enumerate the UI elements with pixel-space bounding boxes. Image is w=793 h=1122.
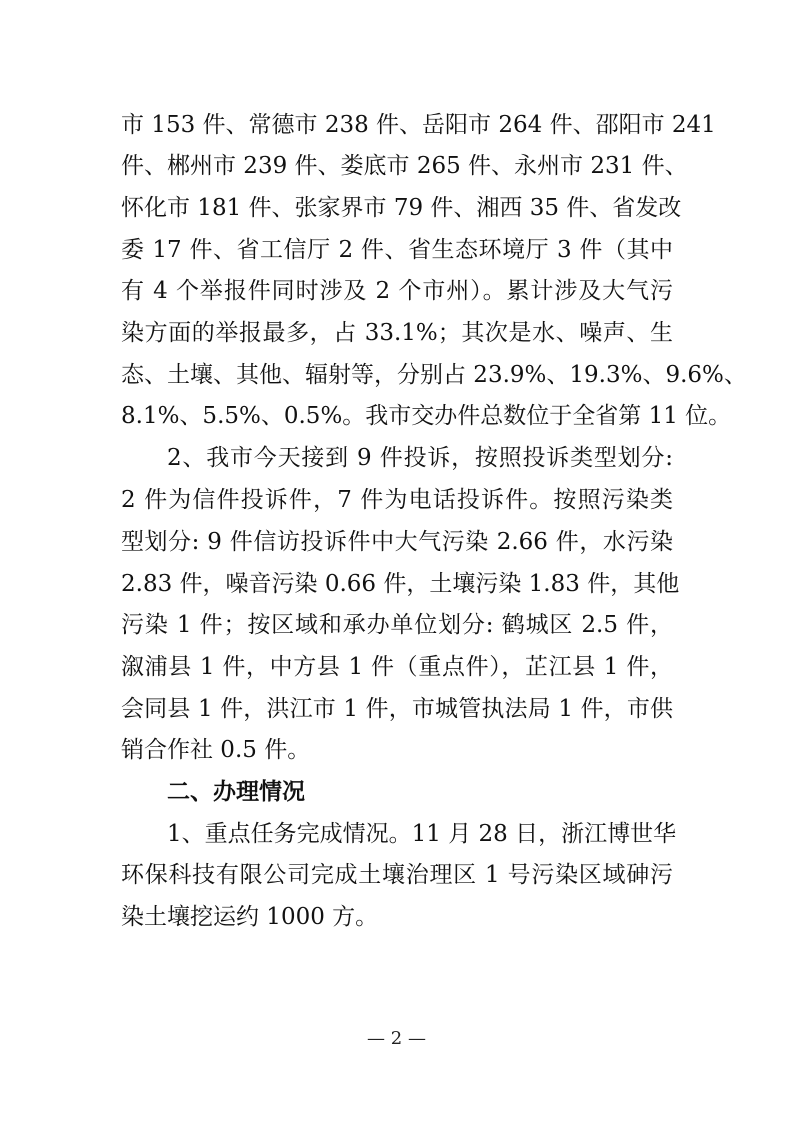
section-heading: 二、办理情况 — [167, 771, 673, 813]
paragraph-line: 污染 1 件；按区域和承办单位划分: 鹤城区 2.5 件， — [121, 604, 673, 646]
paragraph-line: 怀化市 181 件、张家界市 79 件、湘西 35 件、省发改 — [121, 187, 673, 229]
paragraph-line: 环保科技有限公司完成土壤治理区 1 号污染区域砷污 — [121, 854, 673, 896]
paragraph-line: 市 153 件、常德市 238 件、岳阳市 264 件、邵阳市 241 — [121, 104, 673, 146]
document-page: 市 153 件、常德市 238 件、岳阳市 264 件、邵阳市 241 件、郴州… — [0, 0, 793, 1122]
paragraph-line: 1、重点任务完成情况。11 月 28 日，浙江博世华 — [167, 813, 673, 855]
paragraph-line: 销合作社 0.5 件。 — [121, 729, 673, 771]
paragraph-line: 2、我市今天接到 9 件投诉，按照投诉类型划分: — [167, 437, 673, 479]
paragraph-line: 会同县 1 件，洪江市 1 件，市城管执法局 1 件，市供 — [121, 688, 673, 730]
paragraph-line: 染土壤挖运约 1000 方。 — [121, 896, 673, 938]
paragraph-line: 8.1%、5.5%、0.5%。我市交办件总数位于全省第 11 位。 — [121, 395, 673, 437]
paragraph-line: 染方面的举报最多，占 33.1%；其次是水、噪声、生 — [121, 312, 673, 354]
paragraph-line: 2 件为信件投诉件，7 件为电话投诉件。按照污染类 — [121, 479, 673, 521]
paragraph-line: 型划分: 9 件信访投诉件中大气污染 2.66 件，水污染 — [121, 521, 673, 563]
paragraph-line: 溆浦县 1 件，中方县 1 件（重点件），芷江县 1 件， — [121, 646, 673, 688]
paragraph-line: 态、土壤、其他、辐射等，分别占 23.9%、19.3%、9.6%、 — [121, 354, 673, 396]
page-number: — 2 — — [0, 1028, 793, 1049]
paragraph-line: 有 4 个举报件同时涉及 2 个市州）。累计涉及大气污 — [121, 270, 673, 312]
paragraph-line: 2.83 件，噪音污染 0.66 件，土壤污染 1.83 件，其他 — [121, 563, 673, 605]
paragraph-line: 件、郴州市 239 件、娄底市 265 件、永州市 231 件、 — [121, 145, 673, 187]
paragraph-line: 委 17 件、省工信厅 2 件、省生态环境厅 3 件（其中 — [121, 229, 673, 271]
